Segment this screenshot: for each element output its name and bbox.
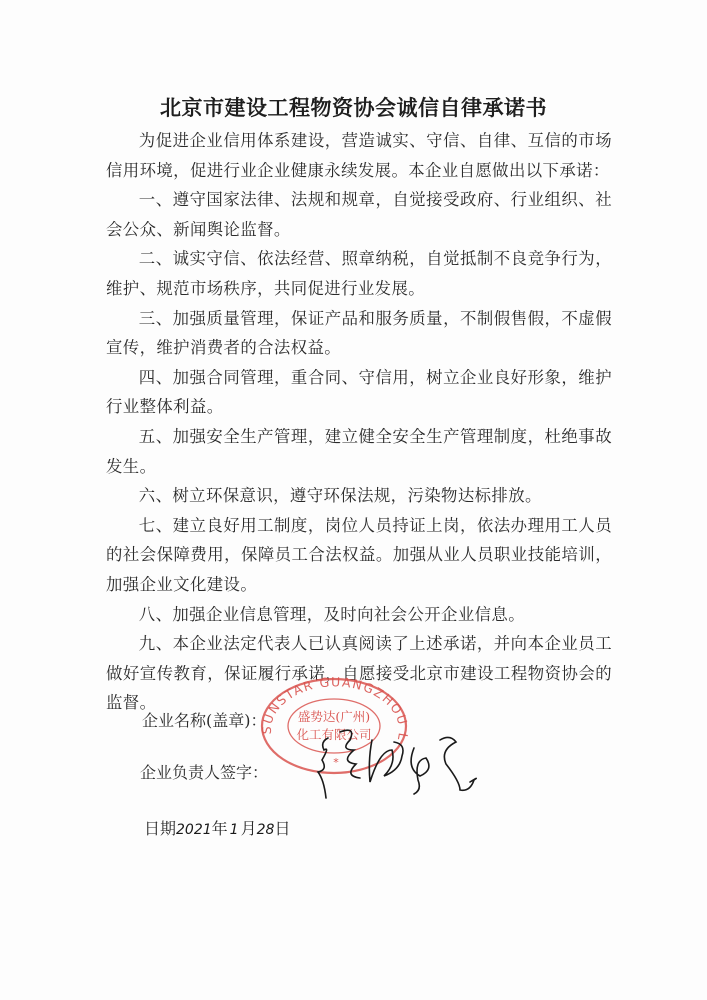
pledge-3: 三、加强质量管理，保证产品和服务质量，不制假售假，不虚假宣传，维护消费者的合法权…	[106, 304, 612, 363]
date-prefix: 日期	[144, 816, 176, 839]
signer-label: 企业负责人签字：	[140, 760, 268, 783]
date-day-suffix: 日	[274, 816, 290, 839]
company-name-label: 企业名称(盖章)：	[142, 708, 267, 731]
date-month-suffix: 月	[241, 816, 257, 839]
pledge-1: 一、遵守国家法律、法规和规章，自觉接受政府、行业组织、社会公众、新闻舆论监督。	[106, 185, 612, 244]
date-day-handwritten: 28	[257, 822, 275, 838]
intro-paragraph: 为促进企业信用体系建设，营造诚实、守信、自律、互信的市场信用环境，促进行业企业健…	[106, 126, 612, 185]
pledge-6: 六、树立环保意识，遵守环保法规，污染物达标排放。	[106, 481, 612, 511]
pledge-7: 七、建立良好用工制度，岗位人员持证上岗，依法办理用工人员的社会保障费用，保障员工…	[106, 511, 612, 600]
pledge-4: 四、加强合同管理，重合同、守信用，树立企业良好形象，维护行业整体利益。	[106, 363, 612, 422]
document-title: 北京市建设工程物资协会诚信自律承诺书	[0, 92, 707, 122]
pledge-2: 二、诚实守信、依法经营、照章纳税，自觉抵制不良竞争行为，维护、规范市场秩序，共同…	[106, 244, 612, 303]
pledge-5: 五、加强安全生产管理，建立健全安全生产管理制度，杜绝事故发生。	[106, 422, 612, 481]
date-month-handwritten: 1	[230, 822, 239, 838]
date-year-handwritten: 2021	[176, 822, 212, 838]
date-year-suffix: 年	[212, 816, 228, 839]
pledge-8: 八、加强企业信息管理，及时向社会公开企业信息。	[106, 600, 612, 630]
document-body: 为促进企业信用体系建设，营造诚实、守信、自律、互信的市场信用环境，促进行业企业健…	[106, 126, 612, 718]
handwritten-signature	[310, 720, 490, 810]
date-line: 日期2021年1月28日	[144, 816, 290, 839]
document-page: 北京市建设工程物资协会诚信自律承诺书 为促进企业信用体系建设，营造诚实、守信、自…	[0, 0, 707, 1000]
